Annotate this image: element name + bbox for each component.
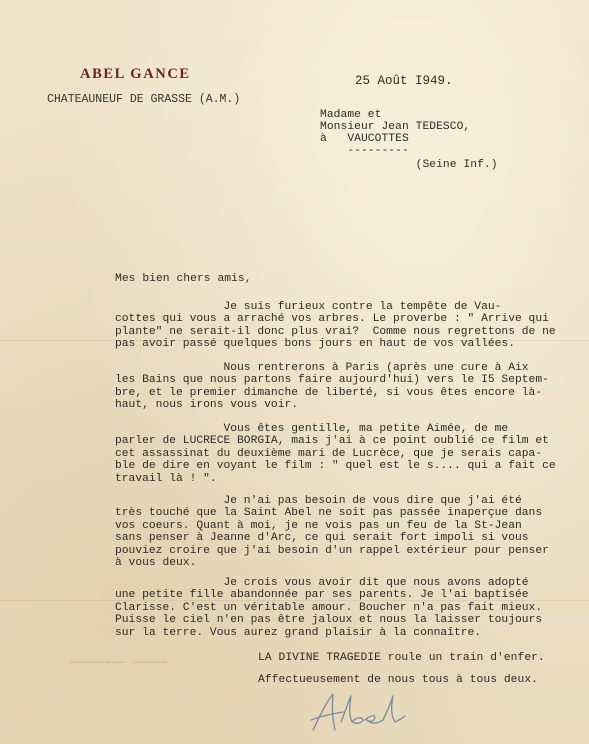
paragraph-line: bre, et le premier dimanche de liberté, …	[115, 387, 585, 399]
paragraph-1: Je suis furieux contre la tempête de Vau…	[115, 301, 585, 351]
recipient-line: Monsieur Jean TEDESCO,	[320, 121, 470, 133]
closing-line-2: Affectueusement de nous tous à tous deux…	[258, 674, 538, 686]
recipient-line: Madame et	[320, 109, 381, 121]
paragraph-line: travail là ! ".	[115, 473, 585, 485]
letter-page: ABEL GANCE CHATEAUNEUF DE GRASSE (A.M.) …	[0, 0, 589, 744]
paragraph-4: Je n'ai pas besoin de vous dire que j'ai…	[115, 495, 585, 569]
paragraph-line: sur la terre. Vous aurez grand plaisir à…	[115, 627, 585, 639]
paragraph-2: Nous rentrerons à Paris (après une cure …	[115, 362, 585, 412]
paragraph-line: les Bains que nous partons faire aujourd…	[115, 374, 585, 386]
paragraph-line: Puisse le ciel n'en pas être jaloux et n…	[115, 614, 585, 626]
paragraph-line: Je suis furieux contre la tempête de Vau…	[115, 301, 585, 313]
paragraph-line: à vous deux.	[115, 557, 585, 569]
recipient-line: à VAUCOTTES	[320, 133, 409, 145]
paragraph-5: Je crois vous avoir dit que nous avons a…	[115, 577, 585, 639]
paragraph-line: haut, nous irons vous voir.	[115, 399, 585, 411]
paragraph-line: cottes qui vous a arraché vos arbres. Le…	[115, 313, 585, 325]
paragraph-line: pouviez croire que j'ai besoin d'un rapp…	[115, 545, 585, 557]
paragraph-3: Vous êtes gentille, ma petite Aimée, de …	[115, 423, 585, 485]
paragraph-line: sans penser à Jeanne d'Arc, ce qui serai…	[115, 532, 585, 544]
faded-show-through-text: ▔▔▔▔▔▔▔▔ ▔▔▔▔▔	[70, 663, 168, 675]
paragraph-line: Clarisse. C'est un véritable amour. Bouc…	[115, 602, 585, 614]
letterhead-name: ABEL GANCE	[80, 66, 191, 83]
handwritten-signature	[305, 690, 415, 741]
paragraph-line: parler de LUCRECE BORGIA, mais j'ai à ce…	[115, 435, 585, 447]
paragraph-line: plante" ne serait-il donc plus vrai? Com…	[115, 326, 585, 338]
salutation: Mes bien chers amis,	[115, 273, 252, 285]
paragraph-line: une petite fille abandonnée par ses pare…	[115, 589, 585, 601]
recipient-line: ---------	[320, 145, 409, 157]
paragraph-line: ble de dire en voyant le film : " quel e…	[115, 460, 585, 472]
paragraph-line: Je n'ai pas besoin de vous dire que j'ai…	[115, 495, 585, 507]
paragraph-line: pas avoir passé quelques bons jours en h…	[115, 338, 585, 350]
paragraph-line: très touché que la Saint Abel ne soit pa…	[115, 507, 585, 519]
paragraph-line: Vous êtes gentille, ma petite Aimée, de …	[115, 423, 585, 435]
signature-icon	[305, 690, 415, 736]
paragraph-line: cet assassinat du deuxième mari de Lucrè…	[115, 448, 585, 460]
paragraph-line: Je crois vous avoir dit que nous avons a…	[115, 577, 585, 589]
paragraph-line: Nous rentrerons à Paris (après une cure …	[115, 362, 585, 374]
letterhead-address: CHATEAUNEUF DE GRASSE (A.M.)	[47, 93, 240, 106]
paragraph-line: vos coeurs. Quant à moi, je ne vois pas …	[115, 520, 585, 532]
letter-date: 25 Août I949.	[355, 74, 453, 88]
recipient-line: (Seine Inf.)	[320, 159, 498, 171]
closing-line-1: LA DIVINE TRAGEDIE roule un train d'enfe…	[258, 652, 545, 664]
